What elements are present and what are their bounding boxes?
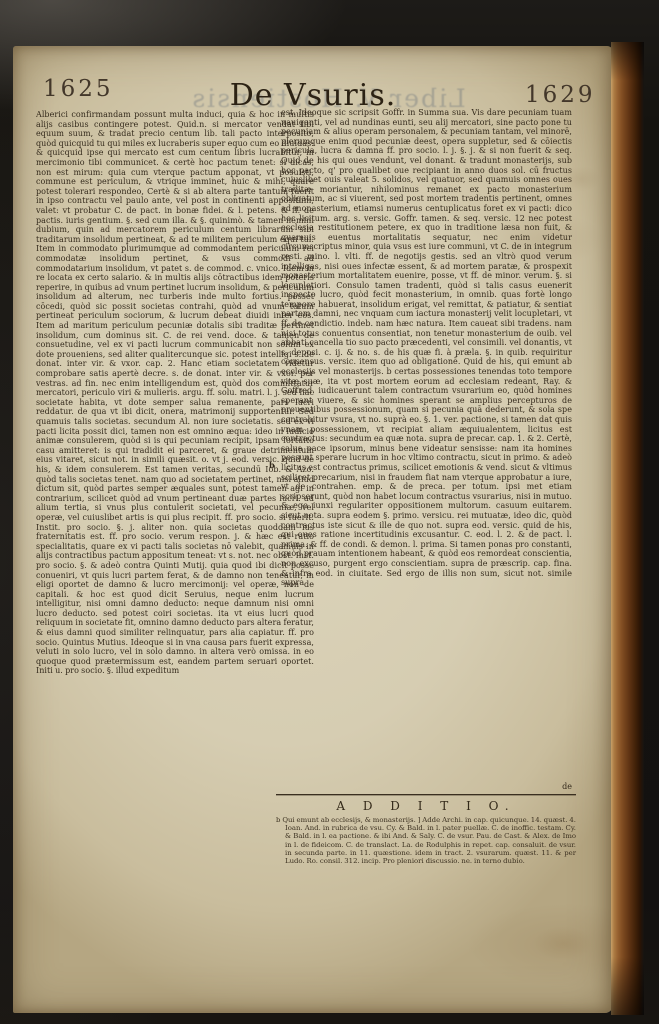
paper-stain xyxy=(533,926,593,960)
book-page-scan: Liber V. Hostiensis 1625 De Vsuris. 1629… xyxy=(13,46,613,1013)
additio-section: A D D I T I O. b Qui emunt ab ecclesijs,… xyxy=(276,794,576,865)
margin-paragraph-letter: b xyxy=(269,460,275,470)
text-column-left: Alberici confirmandam possunt multa indu… xyxy=(36,110,314,904)
folio-number-right: 1629 xyxy=(525,82,596,108)
catchword: de xyxy=(281,782,572,791)
text-column-right: est. Ideoque sic scripsit Goffr. in Summ… xyxy=(281,108,572,790)
additio-heading: A D D I T I O. xyxy=(276,799,576,813)
additio-text: b Qui emunt ab ecclesijs, & monasterijs.… xyxy=(276,816,576,865)
book-fore-edge xyxy=(611,42,644,1015)
folio-number-left: 1625 xyxy=(43,76,114,102)
section-rule xyxy=(276,794,576,795)
